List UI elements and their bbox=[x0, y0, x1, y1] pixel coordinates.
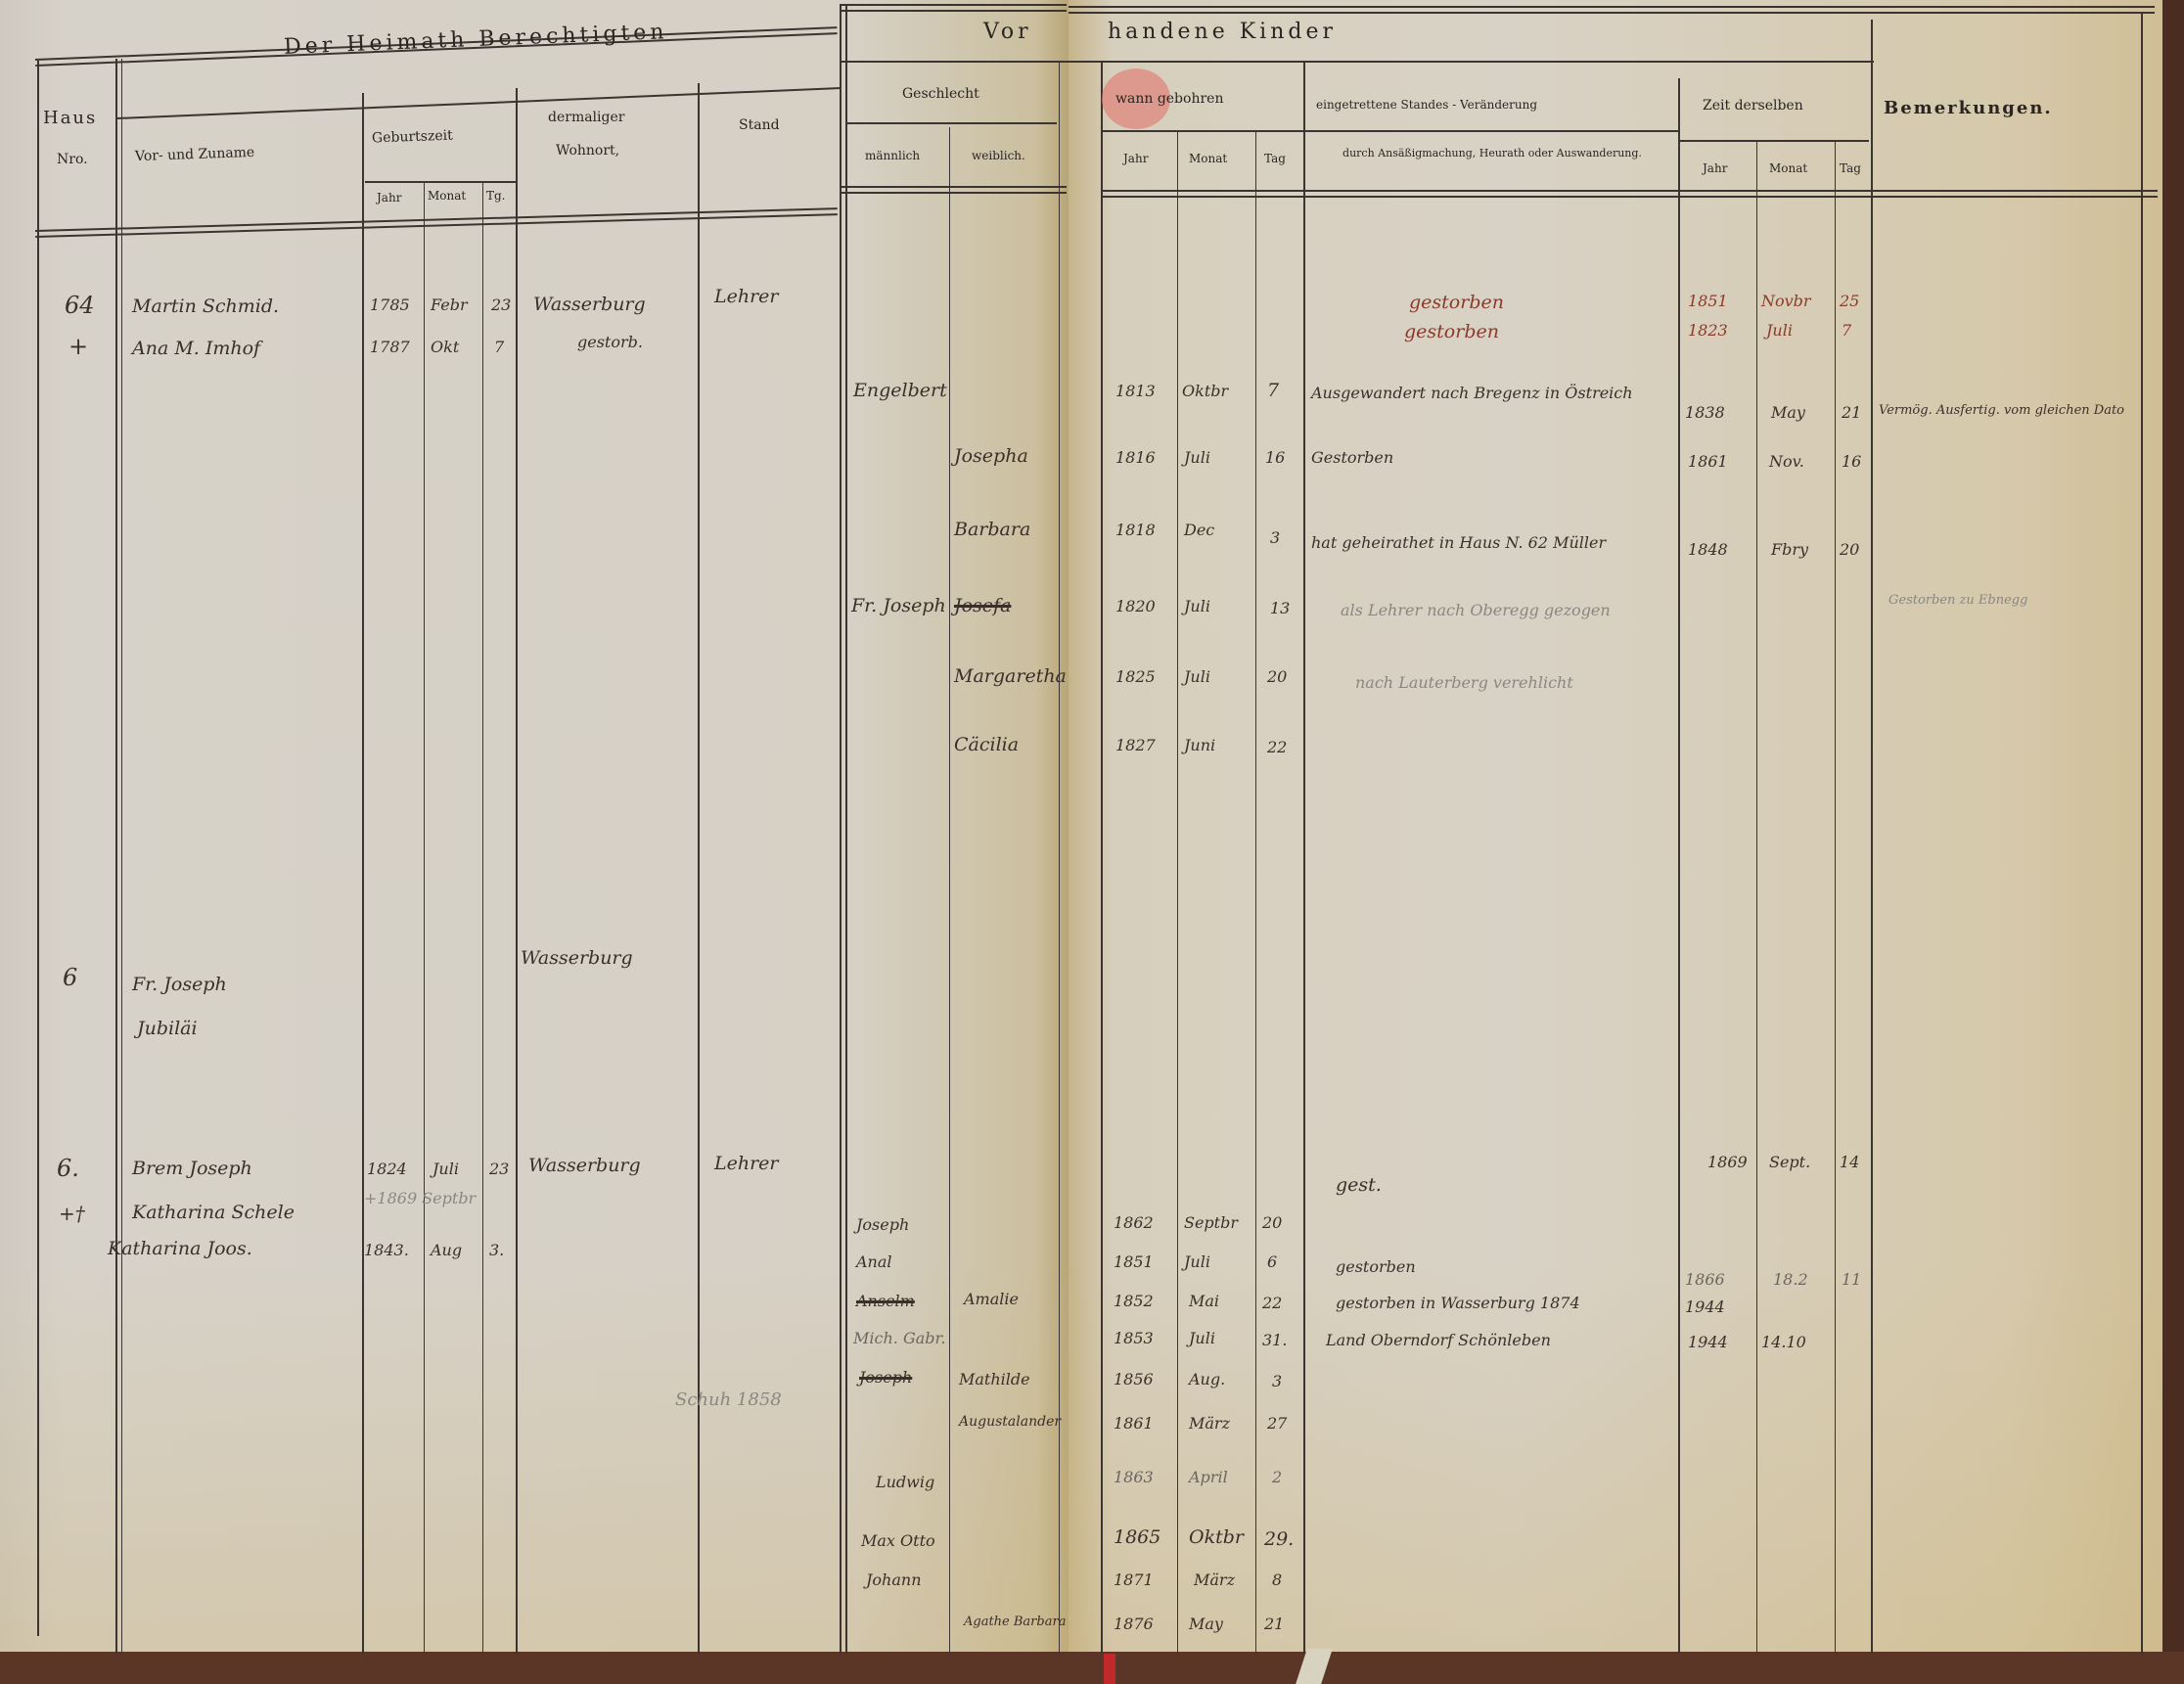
entry1-child1-event: Ausgewandert nach Bregenz in Östreich bbox=[1311, 384, 1633, 402]
rule-header-bottom-right bbox=[1101, 190, 2158, 192]
entry3-child9-m: Johann bbox=[866, 1570, 922, 1589]
header-geburtszeit: Geburtszeit bbox=[372, 128, 453, 147]
entry3-child7-monat: April bbox=[1189, 1468, 1228, 1486]
entry1-child6-w: Cäcilia bbox=[954, 734, 1019, 755]
header-wann-gebohren: wann gebohren bbox=[1115, 91, 1223, 107]
entry1-child1-monat: Oktbr bbox=[1182, 382, 1228, 400]
rule-zeit bbox=[1678, 140, 1869, 142]
entry3-birth-tag-1: 23 bbox=[489, 1160, 509, 1178]
right-page bbox=[1069, 0, 2174, 1673]
header-weiblich: weiblich. bbox=[972, 149, 1025, 162]
entry3-event-1: gest. bbox=[1336, 1174, 1382, 1196]
entry1-event-1-tag: 25 bbox=[1840, 292, 1859, 310]
header-kind-tag: Tag bbox=[1264, 152, 1286, 165]
entry3-child4-zm: 14.10 bbox=[1761, 1333, 1806, 1351]
header-zeit-monat: Monat bbox=[1769, 161, 1807, 175]
entry1-child1-zm: May bbox=[1771, 403, 1805, 422]
entry3-child2-zt: 11 bbox=[1842, 1270, 1861, 1289]
entry3-name-2: Katharina Schele bbox=[132, 1202, 295, 1223]
entry3-child2-zm: 18.2 bbox=[1773, 1270, 1808, 1289]
entry1-child5-w: Margaretha bbox=[954, 665, 1067, 687]
left-page bbox=[0, 0, 1069, 1673]
entry3-child6-tag: 27 bbox=[1267, 1414, 1287, 1433]
entry3-child8-monat: Oktbr bbox=[1189, 1526, 1244, 1548]
header-title-mid-left: Vor bbox=[983, 20, 1032, 44]
entry1-child4-tag: 13 bbox=[1270, 599, 1290, 617]
entry1-event-1-monat: Novbr bbox=[1761, 292, 1811, 310]
entry3-child9-jahr: 1871 bbox=[1114, 1570, 1154, 1589]
rule-v-kind-jahr bbox=[1177, 132, 1178, 1654]
rule-v-wohnort bbox=[698, 83, 700, 1654]
header-bemerkungen: Bemerkungen. bbox=[1884, 98, 2053, 118]
entry1-child2-event: Gestorben bbox=[1311, 448, 1393, 467]
entry3-child6-jahr: 1861 bbox=[1114, 1414, 1154, 1433]
entry3-child8-m: Max Otto bbox=[861, 1531, 935, 1550]
entry1-child1-bem: Vermög. Ausfertig. vom gleichen Dato bbox=[1879, 403, 2124, 418]
rule-v-kind-monat bbox=[1255, 132, 1256, 1654]
entry3-child2-event: gestorben bbox=[1336, 1257, 1416, 1276]
entry3-child10-w: Agathe Barbara bbox=[964, 1615, 1066, 1629]
entry3-child2-tag: 6 bbox=[1267, 1252, 1277, 1271]
entry3-child5-w: Mathilde bbox=[959, 1370, 1030, 1388]
entry1-event-2-tag: 7 bbox=[1842, 321, 1851, 340]
entry1-child4-event: als Lehrer nach Oberegg gezogen bbox=[1341, 601, 1611, 619]
header-wohnort-line1: dermaliger bbox=[548, 110, 624, 125]
entry2-wohnort: Wasserburg bbox=[521, 947, 633, 969]
entry3-child1-tag: 20 bbox=[1262, 1213, 1282, 1232]
entry1-event-2: gestorben bbox=[1404, 321, 1499, 342]
entry3-child8-tag: 29. bbox=[1264, 1528, 1294, 1550]
rule-v-zeit-monat bbox=[1835, 142, 1836, 1654]
header-stand: Stand bbox=[739, 117, 780, 133]
entry1-stand: Lehrer bbox=[714, 286, 779, 307]
entry3-child3-event: gestorben in Wasserburg 1874 bbox=[1336, 1294, 1580, 1312]
entry3-child4-m: Mich. Gabr. bbox=[853, 1329, 945, 1347]
entry3-child7-m: Ludwig bbox=[876, 1473, 934, 1491]
entry1-event-2-jahr: 1823 bbox=[1688, 321, 1728, 340]
entry1-child6-jahr: 1827 bbox=[1115, 736, 1156, 754]
entry3-child9-monat: März bbox=[1194, 1570, 1235, 1589]
header-geb-monat: Monat bbox=[428, 189, 466, 203]
entry2-name-1: Fr. Joseph bbox=[132, 974, 227, 995]
rule-top-mid bbox=[842, 4, 1067, 6]
entry3-name-3: Katharina Joos. bbox=[108, 1238, 252, 1259]
entry1-child4-monat: Juli bbox=[1184, 597, 1210, 615]
entry1-name-wife: Ana M. Imhof bbox=[132, 338, 260, 359]
entry3-haus-mark: +† bbox=[59, 1202, 85, 1225]
entry1-event-1: gestorben bbox=[1409, 292, 1504, 313]
entry1-child3-jahr: 1818 bbox=[1115, 521, 1156, 539]
header-wohnort-line2: Wohnort, bbox=[556, 143, 619, 159]
entry1-child3-zm: Fbry bbox=[1771, 540, 1808, 559]
entry1-haus-nr: 64 bbox=[65, 292, 95, 319]
entry1-child4-w-struck: Josefa bbox=[954, 595, 1011, 616]
rule-v-border-left bbox=[37, 61, 39, 1636]
entry3-child5-tag: 3 bbox=[1272, 1372, 1282, 1390]
entry1-birth-monat-2: Okt bbox=[431, 338, 459, 356]
entry1-haus-mark: + bbox=[68, 333, 88, 360]
entry1-child3-event: hat geheirathet in Haus N. 62 Müller bbox=[1311, 533, 1606, 552]
entry3-child1-jahr: 1862 bbox=[1114, 1213, 1154, 1232]
entry3-child4-event: Land Oberndorf Schönleben bbox=[1326, 1331, 1551, 1349]
rule-v-haus bbox=[115, 59, 117, 1654]
entry1-birth-tag-1: 23 bbox=[491, 296, 511, 314]
rule-v-border-right bbox=[2141, 14, 2143, 1654]
entry1-child4-bem: Gestorben zu Ebnegg bbox=[1888, 593, 2027, 608]
entry3-child4-jahr: 1853 bbox=[1114, 1329, 1154, 1347]
entry3-child10-monat: May bbox=[1189, 1615, 1223, 1633]
entry3-child5-m-struck: Joseph bbox=[859, 1368, 912, 1387]
entry1-child3-monat: Dec bbox=[1184, 521, 1214, 539]
rule-header-bottom-mid bbox=[842, 186, 1067, 188]
entry1-child2-w: Josepha bbox=[954, 445, 1028, 467]
entry1-child2-monat: Juli bbox=[1184, 448, 1210, 467]
entry3-child3-jahr: 1852 bbox=[1114, 1292, 1154, 1310]
entry1-child3-tag: 3 bbox=[1270, 528, 1280, 547]
header-nro: Nro. bbox=[57, 152, 88, 167]
entry3-child5-jahr: 1856 bbox=[1114, 1370, 1154, 1388]
entry3-child2-zj: 1866 bbox=[1685, 1270, 1725, 1289]
rule-v-stand bbox=[840, 4, 842, 1654]
rule-v-kind-tag bbox=[1303, 61, 1305, 1654]
entry1-child1-zt: 21 bbox=[1842, 403, 1861, 422]
header-zeit-tag: Tag bbox=[1840, 161, 1861, 175]
rule-subheader-right bbox=[842, 61, 1874, 63]
entry3-wohnort: Wasserburg bbox=[528, 1155, 641, 1176]
entry1-child5-jahr: 1825 bbox=[1115, 667, 1156, 686]
header-geschlecht: Geschlecht bbox=[902, 86, 979, 102]
rule-v-geb-tag bbox=[516, 88, 518, 1654]
header-maennlich: männlich bbox=[865, 149, 920, 162]
entry1-child3-w: Barbara bbox=[954, 519, 1030, 540]
entry1-birth-tag-2: 7 bbox=[494, 338, 504, 356]
rule-v-geb-jahr bbox=[424, 181, 425, 1654]
entry3-child1-m: Joseph bbox=[856, 1215, 909, 1234]
entry1-child1-m: Engelbert bbox=[853, 380, 947, 401]
header-veraenderung-sub: durch Ansäßigmachung, Heurath oder Auswa… bbox=[1311, 147, 1673, 159]
entry3-child9-tag: 8 bbox=[1272, 1570, 1282, 1589]
entry3-pencil-death-note: +1869 Septbr bbox=[364, 1189, 476, 1207]
entry3-child4-tag: 31. bbox=[1262, 1331, 1287, 1349]
entry3-child3-tag: 22 bbox=[1262, 1294, 1282, 1312]
entry3-event-1-jahr: 1869 bbox=[1707, 1153, 1748, 1171]
entry1-child5-monat: Juli bbox=[1184, 667, 1210, 686]
rule-v-zeit-jahr bbox=[1756, 142, 1757, 1654]
entry3-child3-monat: Mai bbox=[1189, 1292, 1219, 1310]
rule-geschlecht bbox=[846, 122, 1057, 124]
entry3-child4-monat: Juli bbox=[1189, 1329, 1215, 1347]
entry3-birth-monat-1: Juli bbox=[432, 1160, 459, 1178]
entry3-stand: Lehrer bbox=[714, 1153, 779, 1174]
entry1-child5-event: nach Lauterberg verehlicht bbox=[1355, 673, 1573, 692]
rule-v-veraenderung bbox=[1678, 78, 1680, 1654]
header-geb-tag: Tg. bbox=[486, 189, 506, 203]
entry1-child4-m: Fr. Joseph bbox=[851, 595, 946, 616]
entry3-child8-jahr: 1865 bbox=[1114, 1526, 1160, 1548]
entry3-birth-jahr-2: 1843. bbox=[364, 1241, 409, 1259]
header-zeit-derselben: Zeit derselben bbox=[1703, 98, 1803, 114]
margin-pencil-note: Schuh 1858 bbox=[675, 1389, 782, 1410]
entry3-birth-jahr-1: 1824 bbox=[367, 1160, 407, 1178]
entry1-child1-zj: 1838 bbox=[1685, 403, 1725, 422]
entry1-child2-tag: 16 bbox=[1265, 448, 1285, 467]
entry1-event-2-monat: Juli bbox=[1766, 321, 1793, 340]
header-kind-jahr: Jahr bbox=[1123, 152, 1148, 165]
entry3-child7-tag: 2 bbox=[1272, 1468, 1282, 1486]
entry3-child2-jahr: 1851 bbox=[1114, 1252, 1154, 1271]
entry3-child2-m: Anal bbox=[856, 1252, 892, 1271]
entry3-birth-monat-2: Aug bbox=[431, 1241, 462, 1259]
entry1-child3-zj: 1848 bbox=[1688, 540, 1728, 559]
header-title-mid-right: handene Kinder bbox=[1108, 20, 1337, 44]
rule-top-right bbox=[1069, 6, 2155, 8]
rule-gebohren bbox=[1101, 130, 1301, 132]
entry3-child5-monat: Aug. bbox=[1189, 1370, 1225, 1388]
entry3-child6-monat: März bbox=[1189, 1414, 1230, 1433]
entry2-haus-nr: 6 bbox=[63, 964, 77, 991]
entry1-child1-tag: 7 bbox=[1267, 380, 1279, 401]
entry3-child1-monat: Septbr bbox=[1184, 1213, 1238, 1232]
entry3-event-1-monat: Sept. bbox=[1769, 1153, 1810, 1171]
header-veraenderung: eingetrettene Standes - Veränderung bbox=[1316, 98, 1537, 112]
rule-v-kind-start bbox=[1101, 61, 1103, 1654]
entry3-child4-zj: 1944 bbox=[1688, 1333, 1728, 1351]
entry1-child4-jahr: 1820 bbox=[1115, 597, 1156, 615]
rule-veraenderung bbox=[1301, 130, 1678, 132]
header-geb-jahr: Jahr bbox=[377, 191, 401, 205]
entry1-wohnort-note: gestorb. bbox=[577, 333, 643, 351]
entry3-child7-jahr: 1863 bbox=[1114, 1468, 1154, 1486]
rule-v-maennlich bbox=[949, 127, 950, 1654]
book-cover-bottom bbox=[0, 1652, 2184, 1684]
rule-v-stand-inner bbox=[845, 4, 847, 1654]
open-register-book: Der Heimath Berechtigten Vor handene Kin… bbox=[0, 0, 2184, 1684]
entry3-child2-monat: Juli bbox=[1184, 1252, 1210, 1271]
entry3-name-1: Brem Joseph bbox=[132, 1158, 252, 1179]
header-haus: Haus bbox=[43, 108, 97, 128]
red-bookmark-ribbon bbox=[1104, 1654, 1115, 1684]
entry1-child2-zj: 1861 bbox=[1688, 452, 1728, 471]
entry3-child3-w: Amalie bbox=[964, 1290, 1019, 1308]
entry1-child2-zm: Nov. bbox=[1769, 452, 1804, 471]
entry3-haus-nr: 6. bbox=[57, 1155, 79, 1182]
entry1-name-husband: Martin Schmid. bbox=[132, 296, 279, 317]
entry1-child5-tag: 20 bbox=[1267, 667, 1287, 686]
entry3-child10-jahr: 1876 bbox=[1114, 1615, 1154, 1633]
header-zeit-jahr: Jahr bbox=[1703, 161, 1727, 175]
entry1-child6-monat: Juni bbox=[1184, 736, 1215, 754]
rule-geburtszeit bbox=[365, 181, 517, 183]
entry2-name-2: Jubiläi bbox=[137, 1018, 198, 1039]
entry1-birth-jahr-1: 1785 bbox=[370, 296, 410, 314]
entry1-wohnort: Wasserburg bbox=[533, 294, 646, 315]
entry3-birth-tag-2: 3. bbox=[489, 1241, 504, 1259]
entry3-child10-tag: 21 bbox=[1264, 1615, 1284, 1633]
entry1-child1-jahr: 1813 bbox=[1115, 382, 1156, 400]
rule-v-zeit-tag bbox=[1871, 20, 1873, 1654]
entry1-event-1-jahr: 1851 bbox=[1688, 292, 1728, 310]
entry1-birth-jahr-2: 1787 bbox=[370, 338, 410, 356]
entry1-child2-zt: 16 bbox=[1842, 452, 1861, 471]
entry1-child3-zt: 20 bbox=[1840, 540, 1859, 559]
entry1-birth-monat-1: Febr bbox=[431, 296, 468, 314]
header-kind-monat: Monat bbox=[1189, 152, 1227, 165]
entry1-child6-tag: 22 bbox=[1267, 738, 1287, 756]
rule-v-name bbox=[362, 93, 364, 1654]
rule-v-geb-monat bbox=[482, 181, 483, 1654]
entry3-event-1-tag: 14 bbox=[1840, 1153, 1859, 1171]
entry3-child3-zj: 1944 bbox=[1685, 1297, 1725, 1316]
rule-v-haus-inner bbox=[121, 59, 122, 1654]
book-right-edge bbox=[2162, 0, 2184, 1684]
entry1-child2-jahr: 1816 bbox=[1115, 448, 1156, 467]
entry3-child6-w: Augustalander bbox=[959, 1414, 1061, 1430]
entry3-child3-m-struck: Anselm bbox=[856, 1292, 915, 1310]
